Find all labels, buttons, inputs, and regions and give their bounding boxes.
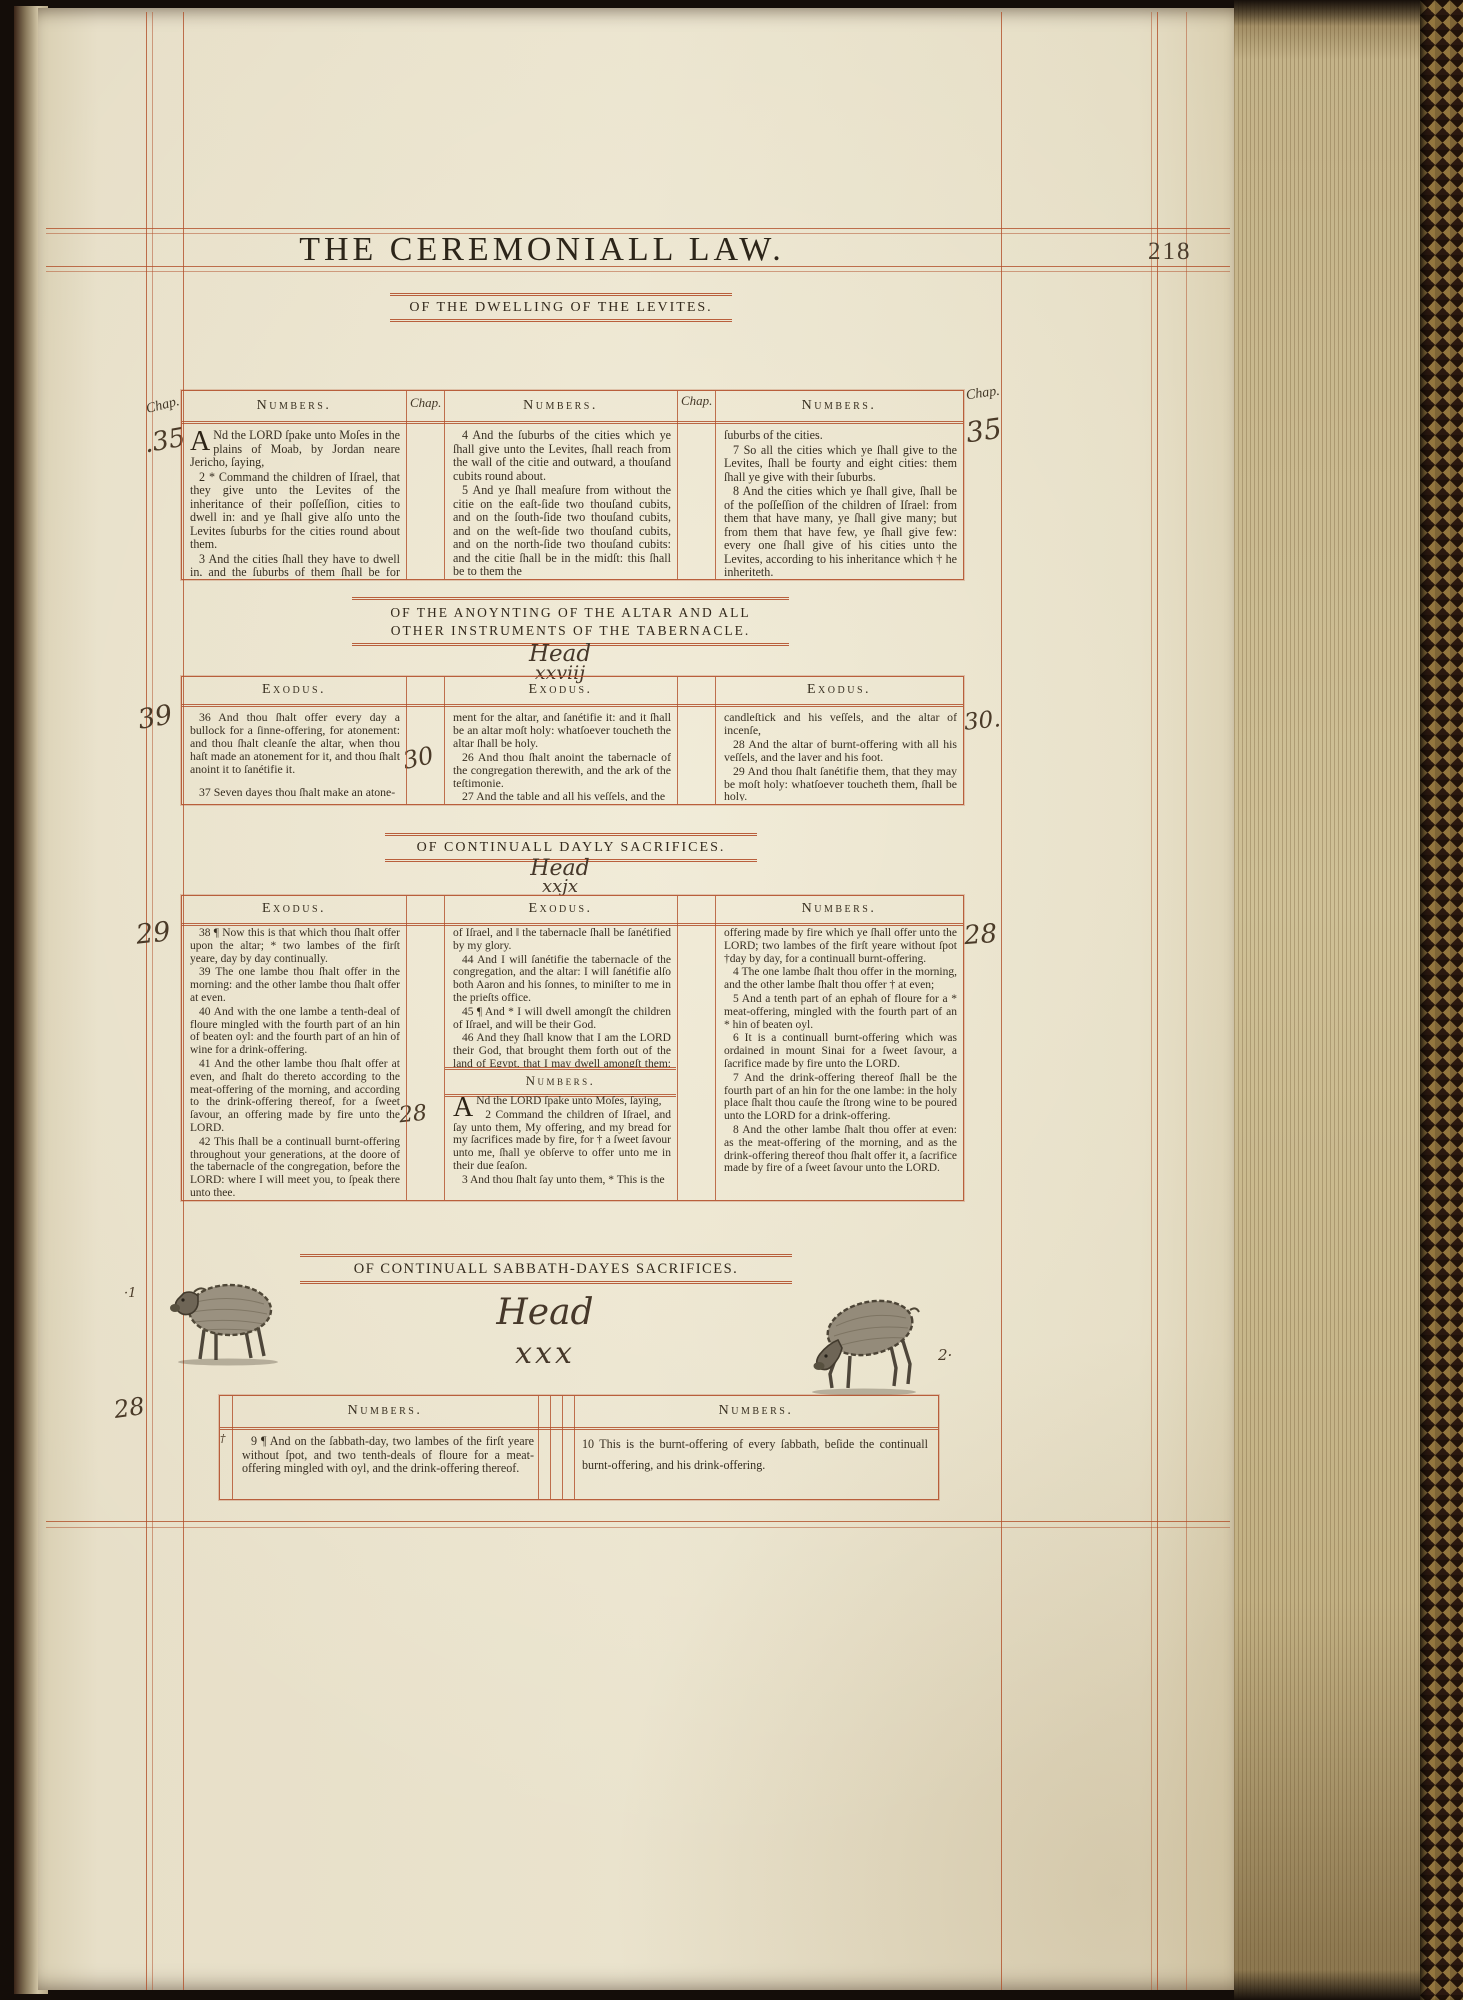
column-divider <box>444 896 445 1200</box>
chapter-numeral-39: 39 <box>136 699 175 735</box>
verse-paragraph: 28 And the altar of burnt-offering with … <box>724 738 957 764</box>
source-header-numbers: Numbers. <box>574 1403 938 1419</box>
column-divider <box>677 677 678 804</box>
verse-paragraph: 39 The one lambe thou ſhalt offer in the… <box>190 966 400 1004</box>
source-header-exodus: Exodus. <box>448 901 673 917</box>
verse-paragraph: ment for the altar, and ſanétifie it: an… <box>453 711 671 750</box>
ornate-binding-edge <box>1420 0 1463 2000</box>
ruled-line-vertical <box>1001 12 1002 1990</box>
drop-cap-initial: A <box>453 1095 476 1119</box>
column-divider <box>715 896 716 1200</box>
source-header-exodus: Exodus. <box>448 682 673 698</box>
column-divider <box>550 1396 551 1499</box>
source-header-numbers: Numbers. <box>232 1403 538 1419</box>
table-anoynting-altar: Exodus. Exodus. Exodus. 36 And thou ſhal… <box>181 676 964 805</box>
source-header-numbers: Numbers. <box>719 398 959 414</box>
verse-paragraph: of Iſrael, and ‖ the tabernacle ſhall be… <box>453 927 671 953</box>
verse-paragraph: 8 And the other lambe ſhalt thou offer a… <box>724 1124 957 1175</box>
verse-paragraph: 4 The one lambe ſhalt thou offer in the … <box>724 966 957 992</box>
scripture-column: ment for the altar, and ſanétifie it: an… <box>453 711 671 801</box>
verse-paragraph: 2 * Command the children of Iſrael, that… <box>190 471 400 552</box>
scripture-column: offering made by fire which ye ſhall off… <box>724 927 957 1197</box>
verse-paragraph: 42 This ſhall be a continuall burnt-offe… <box>190 1136 400 1197</box>
source-header-numbers: Numbers. <box>448 398 673 414</box>
chapter-numeral-30-right: 30. <box>963 706 1002 736</box>
page-number: 218 <box>1148 238 1192 266</box>
page-fore-edge <box>1234 0 1420 2000</box>
verse-paragraph: 6 It is a continuall burnt-offering whic… <box>724 1032 957 1070</box>
table-dayly-sacrifices: Exodus. Exodus. Numbers. 38 ¶ Now this i… <box>181 895 964 1201</box>
verse-paragraph: ANd the LORD ſpake unto Moſes in the pla… <box>190 429 400 470</box>
ruled-line-horizontal <box>46 271 1230 272</box>
ruled-line-vertical <box>1151 12 1152 1990</box>
ruled-line-vertical <box>1157 12 1158 1990</box>
source-header-exodus: Exodus. <box>186 682 402 698</box>
chapter-numeral-28-right: 28 <box>963 919 998 951</box>
scripture-column: candleſtick and his veſſels, and the alt… <box>724 711 957 801</box>
page-title: THE CEREMONIALL LAW. <box>262 231 822 269</box>
verse-paragraph: 3 And the cities ſhall they have to dwel… <box>190 553 400 577</box>
verse-paragraph: 2 Command the children of Iſrael, and ſa… <box>453 1109 671 1173</box>
sheep-engraving-left <box>158 1266 296 1368</box>
source-header-exodus: Exodus. <box>719 682 959 698</box>
scripture-column: 38 ¶ Now this is that which thou ſhalt o… <box>190 927 400 1197</box>
column-divider <box>444 391 445 579</box>
sub-header-numbers: Numbers. <box>445 1067 676 1097</box>
verse-paragraph: 10 This is the burnt-offering of every ſ… <box>582 1434 928 1476</box>
table-dwelling-levites: Chap. Chap. Numbers. Numbers. Numbers. A… <box>181 390 964 580</box>
chapter-numeral-29: 29 <box>134 916 171 950</box>
head-numeral-xxjx: xxjx <box>480 876 640 897</box>
ruled-line-horizontal <box>46 1521 1230 1522</box>
ruled-line-vertical <box>1186 12 1187 1990</box>
source-header-exodus: Exodus. <box>186 901 402 917</box>
verse-paragraph: 26 And thou ſhalt anoint the tabernacle … <box>453 751 671 790</box>
scripture-column: 4 And the ſuburbs of the cities which ye… <box>453 429 671 576</box>
column-divider <box>562 1396 563 1499</box>
scripture-column: 36 And thou ſhalt offer every day a bull… <box>190 711 400 801</box>
verse-paragraph: 41 And the other lambe thou ſhalt offer … <box>190 1058 400 1135</box>
verse-paragraph: 46 And they ſhall know that I am the LOR… <box>453 1032 671 1067</box>
column-divider <box>538 1396 539 1499</box>
scripture-column: 9 ¶ And on the ſabbath-day, two lambes o… <box>242 1435 534 1496</box>
verse-paragraph: 9 ¶ And on the ſabbath-day, two lambes o… <box>242 1435 534 1476</box>
column-divider <box>406 896 407 1200</box>
verse-paragraph: 7 And the drink-offering thereof ſhall b… <box>724 1072 957 1123</box>
verse-paragraph: 29 And thou ſhalt ſanétifie them, that t… <box>724 765 957 801</box>
margin-mark-2: 2· <box>938 1346 952 1364</box>
chapter-numeral-28-bottom: 28 <box>112 1392 146 1424</box>
scripture-column: ſuburbs of the cities.7 So all the citie… <box>724 429 957 576</box>
ruled-line-horizontal <box>46 1527 1230 1528</box>
column-divider <box>406 391 407 579</box>
ruled-line-horizontal <box>46 228 1230 229</box>
column-divider <box>715 677 716 804</box>
verse-paragraph: 5 And a tenth part of an ephah of floure… <box>724 993 957 1031</box>
source-header-numbers: Numbers. <box>186 398 402 414</box>
section-heading-levites: OF THE DWELLING OF THE LEVITES. <box>390 293 732 322</box>
chap-label-mid: Chap. <box>410 395 441 411</box>
verse-paragraph: 44 And I will ſanétifie the tabernacle o… <box>453 954 671 1005</box>
scripture-column: of Iſrael, and ‖ the tabernacle ſhall be… <box>453 927 671 1067</box>
scripture-column: ANd the LORD ſpake unto Moſes, ſaying,2 … <box>453 1095 671 1197</box>
margin-mark-1: ·1 <box>124 1286 136 1301</box>
verse-paragraph: 27 And the table and all his veſſels, an… <box>453 790 671 801</box>
verse-paragraph: 4 And the ſuburbs of the cities which ye… <box>453 429 671 483</box>
book-spread: THE CEREMONIALL LAW. 218 OF THE DWELLING… <box>0 0 1463 2000</box>
drop-cap-initial: A <box>190 429 213 453</box>
column-divider <box>406 677 407 804</box>
verse-paragraph: ANd the LORD ſpake unto Moſes, ſaying, <box>453 1095 671 1108</box>
section-heading-sabbath-sacrifices: OF CONTINUALL SABBATH-DAYES SACRIFICES. <box>300 1254 792 1284</box>
verse-paragraph: 5 And ye ſhall meaſure from without the … <box>453 484 671 576</box>
head-script-large: Head <box>455 1292 635 1333</box>
heading-line-2: OTHER INSTRUMENTS OF THE TABERNACLE. <box>358 622 783 640</box>
verse-paragraph: 3 And thou ſhalt ſay unto them, * This i… <box>453 1174 671 1187</box>
verse-paragraph: 40 And with the one lambe a tenth-deal o… <box>190 1006 400 1057</box>
column-divider <box>677 391 678 579</box>
verse-paragraph: 8 And the cities which ye ſhall give, ſh… <box>724 485 957 576</box>
sheep-shadow <box>178 1359 278 1366</box>
verse-paragraph: candleſtick and his veſſels, and the alt… <box>724 711 957 737</box>
verse-paragraph: 7 So all the cities which ye ſhall give … <box>724 444 957 485</box>
column-divider <box>715 391 716 579</box>
verse-paragraph: 38 ¶ Now this is that which thou ſhalt o… <box>190 927 400 965</box>
verse-paragraph: 45 ¶ And * I will dwell amongſt the chil… <box>453 1006 671 1032</box>
chap-label-mid: Chap. <box>681 393 712 409</box>
column-divider <box>444 677 445 804</box>
scripture-column: 10 This is the burnt-offering of every ſ… <box>582 1434 928 1497</box>
sheep-engraving-right <box>786 1280 940 1398</box>
verse-paragraph: 36 And thou ſhalt offer every day a bull… <box>190 711 400 776</box>
verse-paragraph: ſuburbs of the cities. <box>724 429 957 443</box>
verse-paragraph: offering made by fire which ye ſhall off… <box>724 927 957 965</box>
column-divider <box>677 896 678 1200</box>
scripture-column: ANd the LORD ſpake unto Moſes in the pla… <box>190 429 400 576</box>
ruled-line-vertical <box>146 12 147 1990</box>
heading-line-1: OF THE ANOYNTING OF THE ALTAR AND ALL <box>358 604 783 622</box>
ruled-line-vertical <box>152 12 153 1990</box>
section-heading-anoynting: OF THE ANOYNTING OF THE ALTAR AND ALL OT… <box>352 597 789 646</box>
chapter-numeral-35-right: 35 <box>964 412 1004 450</box>
source-header-numbers: Numbers. <box>719 901 959 917</box>
head-numeral-xxx: xxx <box>455 1336 635 1371</box>
table-sabbath-sacrifices: Numbers. Numbers. 9 ¶ And on the ſabbath… <box>219 1395 939 1500</box>
verse-paragraph: 37 Seven dayes thou ſhalt make an atone- <box>190 786 400 799</box>
